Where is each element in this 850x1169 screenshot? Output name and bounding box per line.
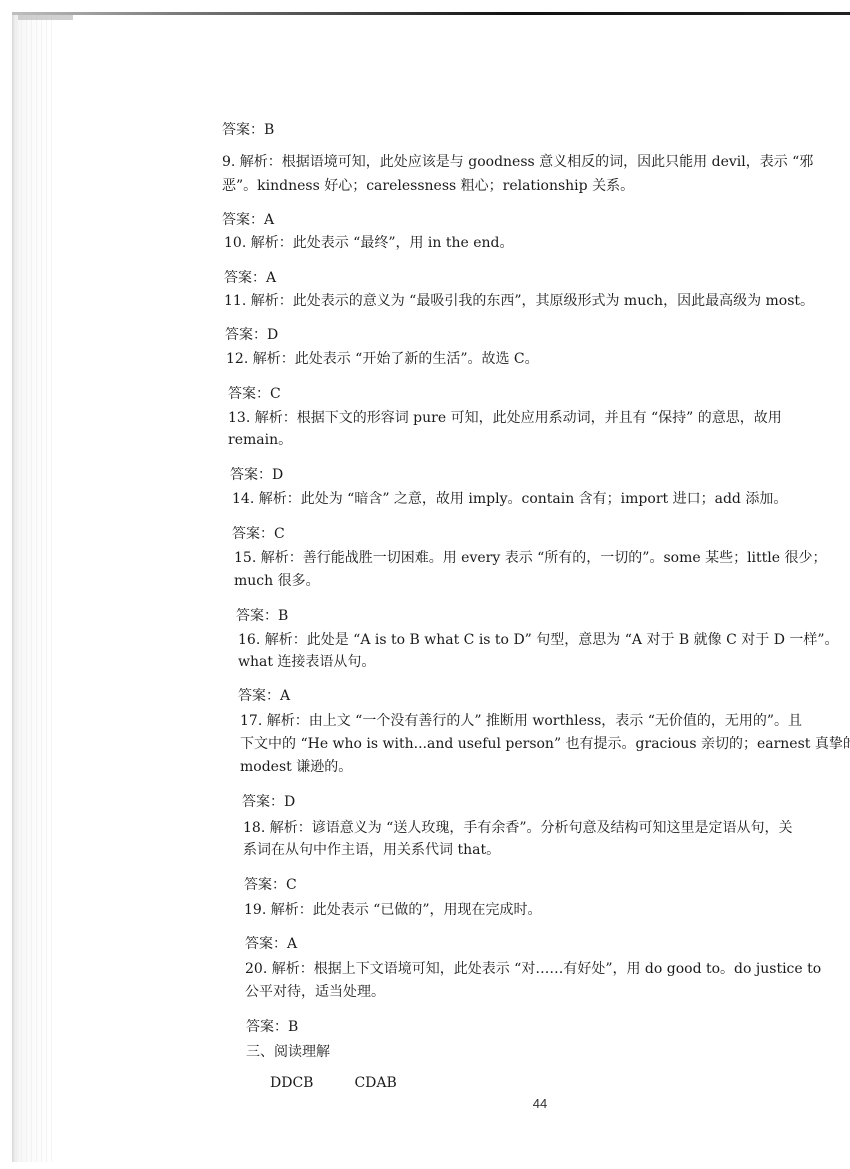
page-number: 44 (0, 1096, 850, 1111)
explanation-line: 11. 解析：此处表示的意义为 “最吸引我的东西”，其原级形式为 much，因此… (224, 291, 814, 311)
answer-line: 答案：B (222, 120, 274, 140)
explanation-line: 14. 解析：此处为 “暗含” 之意，故用 imply。contain 含有；i… (232, 489, 787, 509)
page-stack-edge (12, 12, 52, 1162)
explanation-line: much 很多。 (234, 571, 320, 591)
reading-answer-group: DDCB (270, 1073, 350, 1093)
answer-line: 答案：A (238, 686, 290, 706)
explanation-line: 12. 解析：此处表示 “开始了新的生活”。故选 C。 (226, 349, 539, 369)
explanation-line: 16. 解析：此处是 “A is to B what C is to D” 句型… (238, 630, 839, 650)
explanation-line: 17. 解析：由上文 “一个没有善行的人” 推断用 worthless，表示 “… (240, 711, 802, 731)
explanation-line: 恶”。kindness 好心；carelessness 粗心；relations… (222, 176, 634, 196)
answer-line: 答案：D (225, 325, 278, 345)
answer-line: 答案：A (222, 210, 274, 230)
answer-line: 答案：C (244, 875, 297, 895)
explanation-line: 系词在从句中作主语，用关系代词 that。 (243, 840, 500, 860)
answer-line: 答案：D (242, 792, 295, 812)
explanation-line: modest 谦逊的。 (240, 757, 352, 777)
explanation-line: 13. 解析：根据下文的形容词 pure 可知，此处应用系动词，并且有 “保持”… (228, 408, 782, 428)
section-heading: 三、阅读理解 (246, 1042, 330, 1062)
answer-line: 答案：C (232, 524, 285, 544)
answer-line: 答案：A (245, 934, 297, 954)
explanation-line: 9. 解析：根据语境可知，此处应该是与 goodness 意义相反的词，因此只能… (222, 152, 813, 172)
scan-top-edge (12, 12, 850, 15)
scan-corner-shadow (18, 15, 73, 20)
reading-answers: DDCB CDAB (270, 1073, 397, 1093)
explanation-line: 10. 解析：此处表示 “最终”，用 in the end。 (224, 233, 514, 253)
answer-line: 答案：A (224, 268, 276, 288)
explanation-line: 15. 解析：善行能战胜一切困难。用 every 表示 “所有的，一切的”。so… (234, 548, 827, 568)
explanation-line: 18. 解析：谚语意义为 “送人玫瑰，手有余香”。分析句意及结构可知这里是定语从… (243, 818, 792, 838)
answer-line: 答案：B (246, 1017, 298, 1037)
explanation-line: 20. 解析：根据上下文语境可知，此处表示 “对……有好处”，用 do good… (245, 959, 821, 979)
answer-line: 答案：C (228, 384, 281, 404)
answer-line: 答案：D (230, 465, 283, 485)
explanation-line: 19. 解析：此处表示 “已做的”，用现在完成时。 (244, 900, 541, 920)
explanation-line: 公平对待，适当处理。 (245, 982, 385, 1002)
answer-line: 答案：B (236, 606, 288, 626)
explanation-line: 下文中的 “He who is with...and useful person… (240, 734, 850, 754)
explanation-line: remain。 (228, 430, 292, 450)
explanation-line: what 连接表语从句。 (238, 652, 375, 672)
reading-answer-group: CDAB (354, 1073, 396, 1093)
